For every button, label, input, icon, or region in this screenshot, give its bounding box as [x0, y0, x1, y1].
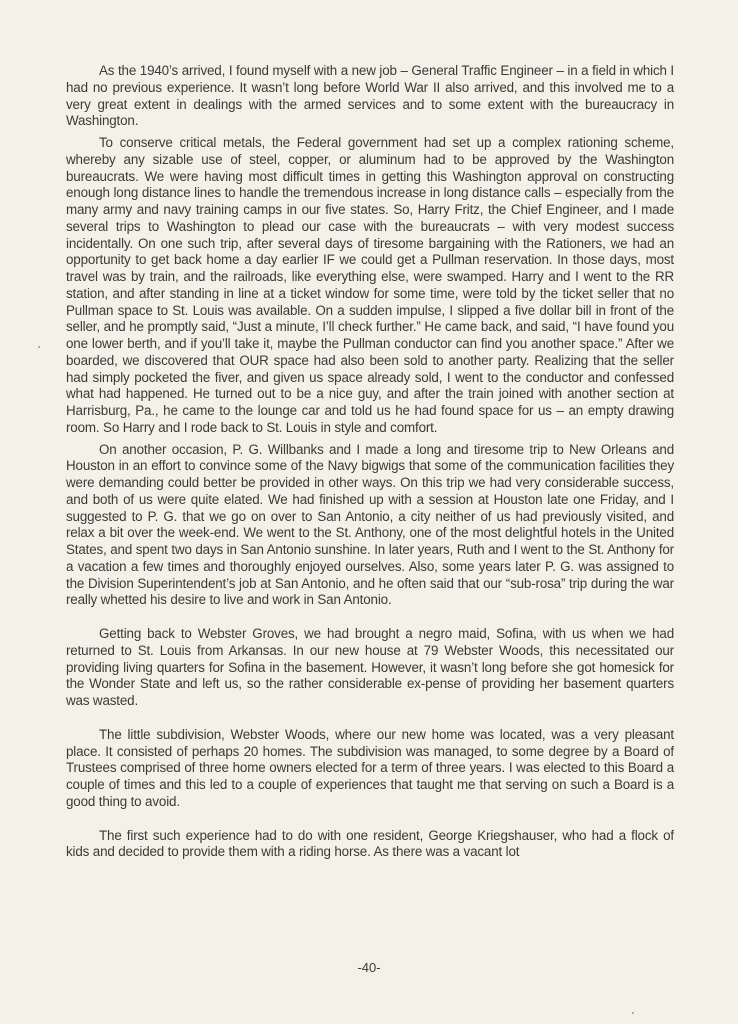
document-page: As the 1940’s arrived, I found myself wi…: [66, 63, 674, 861]
paragraph-6: The first such experience had to do with…: [66, 828, 674, 862]
paragraph-5: The little subdivision, Webster Woods, w…: [66, 727, 674, 811]
paper-speck: [38, 346, 40, 348]
page-number: -40-: [0, 960, 738, 975]
paragraph-3: On another occasion, P. G. Willbanks and…: [66, 442, 674, 610]
paragraph-4: Getting back to Webster Groves, we had b…: [66, 626, 674, 710]
paper-speck: [632, 1012, 634, 1014]
paragraph-2: To conserve critical metals, the Federal…: [66, 135, 674, 437]
paragraph-1: As the 1940’s arrived, I found myself wi…: [66, 63, 674, 130]
